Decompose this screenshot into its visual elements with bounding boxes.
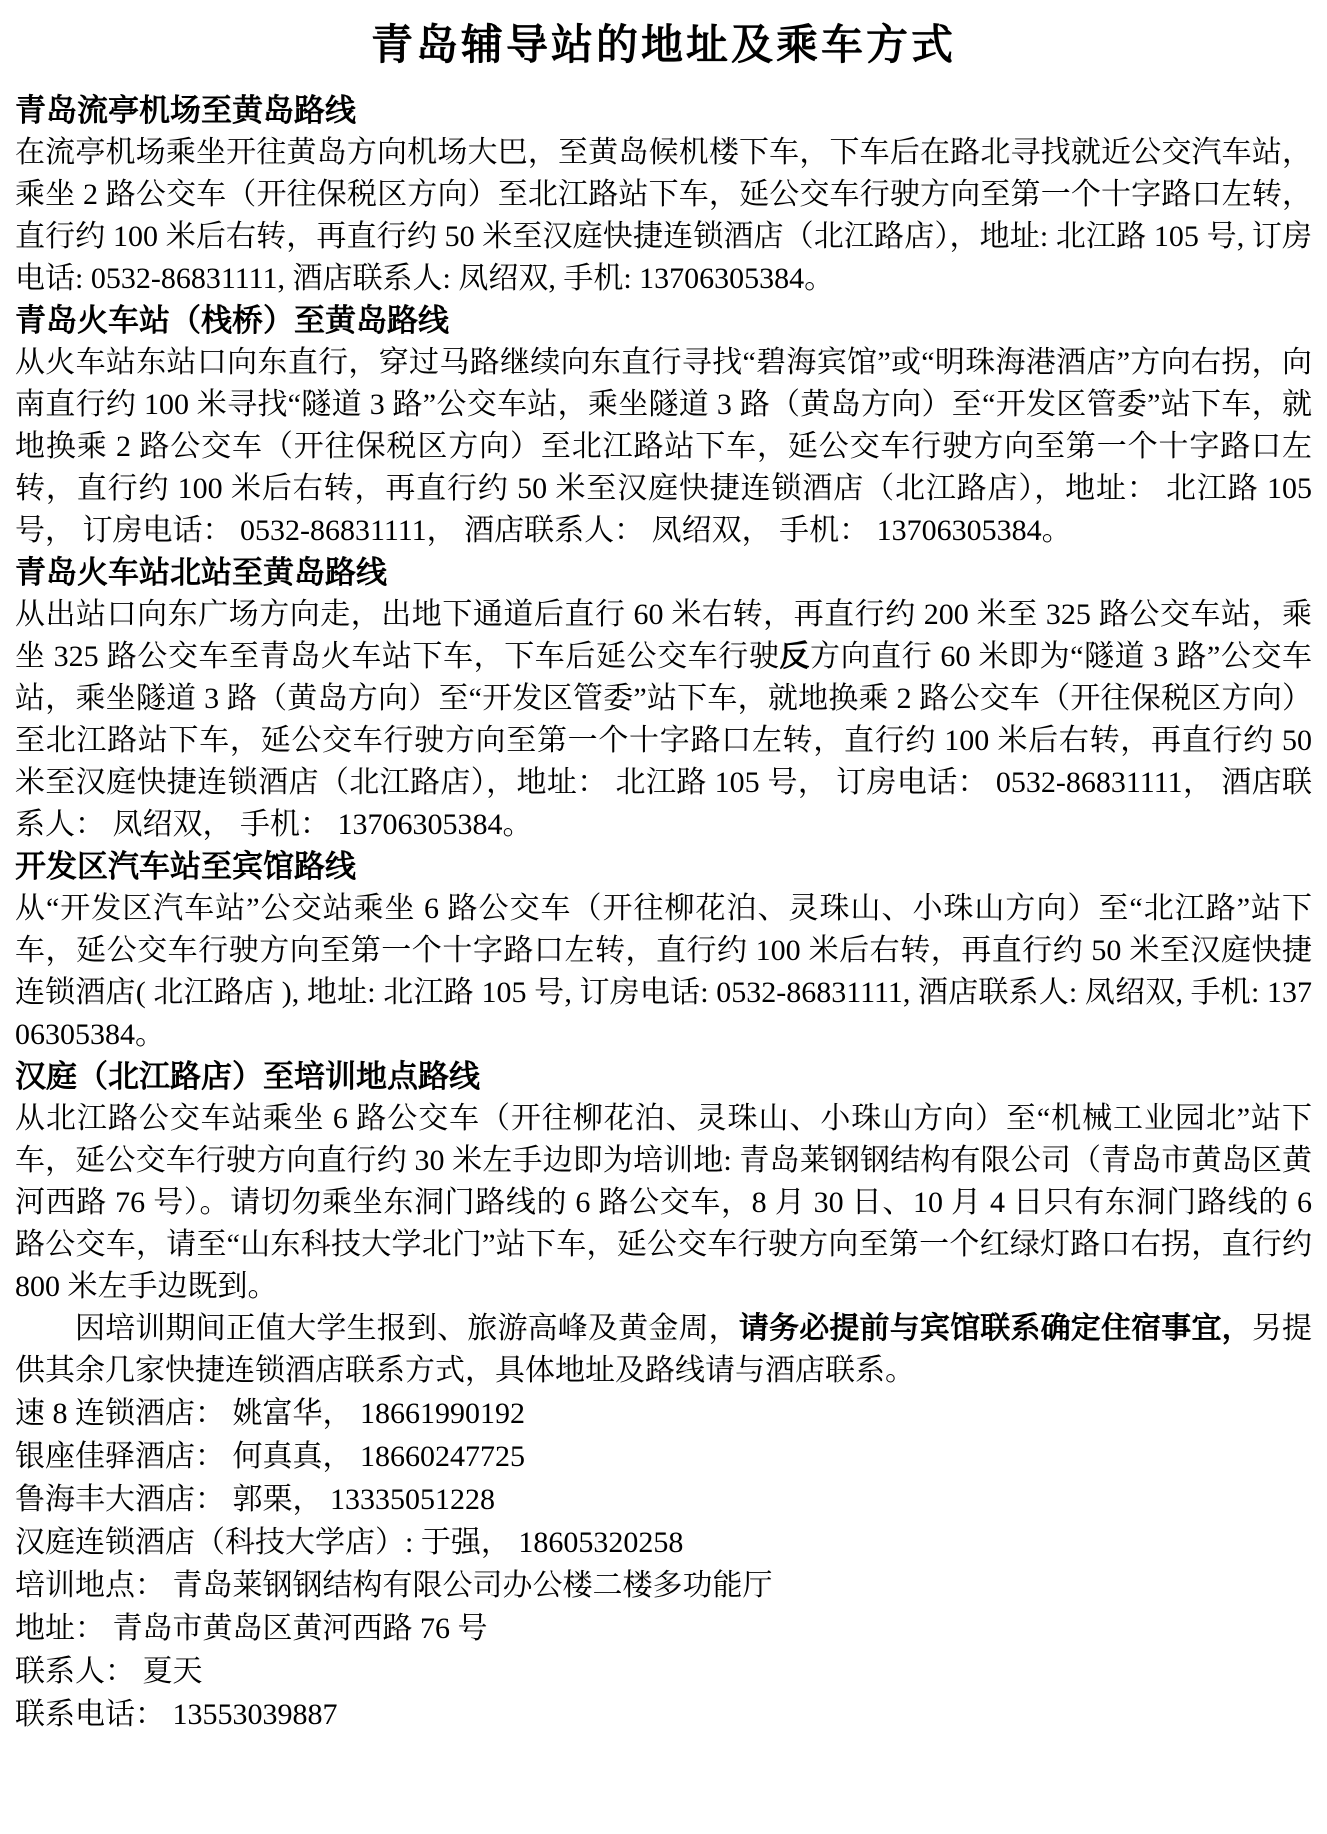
route-section-railway-north: 青岛火车站北站至黄岛路线 从出站口向东广场方向走，出地下通道后直行 60 米右转…	[15, 552, 1312, 846]
section-body: 从出站口向东广场方向走，出地下通道后直行 60 米右转，再直行约 200 米至 …	[15, 594, 1312, 846]
section-heading: 青岛火车站（栈桥）至黄岛路线	[15, 300, 1312, 342]
body-text: 从“开发区汽车站”公交站乘坐 6 路公交车（开往柳花泊、灵珠山、小珠山方向）至“…	[15, 892, 1312, 1051]
body-text-bold: 反	[779, 640, 810, 673]
notice-paragraph: 因培训期间正值大学生报到、旅游高峰及黄金周，请务必提前与宾馆联系确定住宿事宜，另…	[15, 1308, 1312, 1392]
route-section-bus-station: 开发区汽车站至宾馆路线 从“开发区汽车站”公交站乘坐 6 路公交车（开往柳花泊、…	[15, 846, 1312, 1056]
route-section-airport: 青岛流亭机场至黄岛路线 在流亭机场乘坐开往黄岛方向机场大巴，至黄岛候机楼下车，下…	[15, 90, 1312, 300]
contact-line-yinzuo: 银座佳驿酒店： 何真真， 18660247725	[15, 1435, 1312, 1478]
contact-line-super8: 速 8 连锁酒店： 姚富华， 18661990192	[15, 1392, 1312, 1435]
contact-line-contact-person: 联系人： 夏天	[15, 1650, 1312, 1693]
section-heading: 开发区汽车站至宾馆路线	[15, 846, 1312, 888]
body-text: 从北江路公交车站乘坐 6 路公交车（开往柳花泊、灵珠山、小珠山方向）至“机械工业…	[15, 1102, 1312, 1303]
section-body: 从北江路公交车站乘坐 6 路公交车（开往柳花泊、灵珠山、小珠山方向）至“机械工业…	[15, 1098, 1312, 1308]
contact-line-phone: 联系电话： 13553039887	[15, 1693, 1312, 1736]
body-text: 从火车站东站口向东直行，穿过马路继续向东直行寻找“碧海宾馆”或“明珠海港酒店”方…	[15, 346, 1312, 547]
page-title: 青岛辅导站的地址及乘车方式	[15, 18, 1312, 74]
section-body: 在流亭机场乘坐开往黄岛方向机场大巴，至黄岛候机楼下车，下车后在路北寻找就近公交汽…	[15, 132, 1312, 300]
route-section-railway-zhanqiao: 青岛火车站（栈桥）至黄岛路线 从火车站东站口向东直行，穿过马路继续向东直行寻找“…	[15, 300, 1312, 552]
document-page: 青岛辅导站的地址及乘车方式 青岛流亭机场至黄岛路线 在流亭机场乘坐开往黄岛方向机…	[0, 0, 1327, 1834]
section-body: 从火车站东站口向东直行，穿过马路继续向东直行寻找“碧海宾馆”或“明珠海港酒店”方…	[15, 342, 1312, 552]
contact-line-training-location: 培训地点： 青岛莱钢钢结构有限公司办公楼二楼多功能厅	[15, 1564, 1312, 1607]
contact-line-address: 地址： 青岛市黄岛区黄河西路 76 号	[15, 1607, 1312, 1650]
notice-text-bold: 请务必提前与宾馆联系确定住宿事宜，	[739, 1312, 1252, 1345]
route-section-hotel-to-training: 汉庭（北江路店）至培训地点路线 从北江路公交车站乘坐 6 路公交车（开往柳花泊、…	[15, 1056, 1312, 1308]
contact-line-hanting-keji: 汉庭连锁酒店（科技大学店）: 于强， 18605320258	[15, 1521, 1312, 1564]
section-heading: 青岛流亭机场至黄岛路线	[15, 90, 1312, 132]
section-heading: 青岛火车站北站至黄岛路线	[15, 552, 1312, 594]
contact-line-luhaifeng: 鲁海丰大酒店： 郭栗， 13335051228	[15, 1478, 1312, 1521]
notice-text: 因培训期间正值大学生报到、旅游高峰及黄金周，	[75, 1312, 739, 1345]
section-body: 从“开发区汽车站”公交站乘坐 6 路公交车（开往柳花泊、灵珠山、小珠山方向）至“…	[15, 888, 1312, 1056]
section-heading: 汉庭（北江路店）至培训地点路线	[15, 1056, 1312, 1098]
body-text: 在流亭机场乘坐开往黄岛方向机场大巴，至黄岛候机楼下车，下车后在路北寻找就近公交汽…	[15, 136, 1312, 295]
